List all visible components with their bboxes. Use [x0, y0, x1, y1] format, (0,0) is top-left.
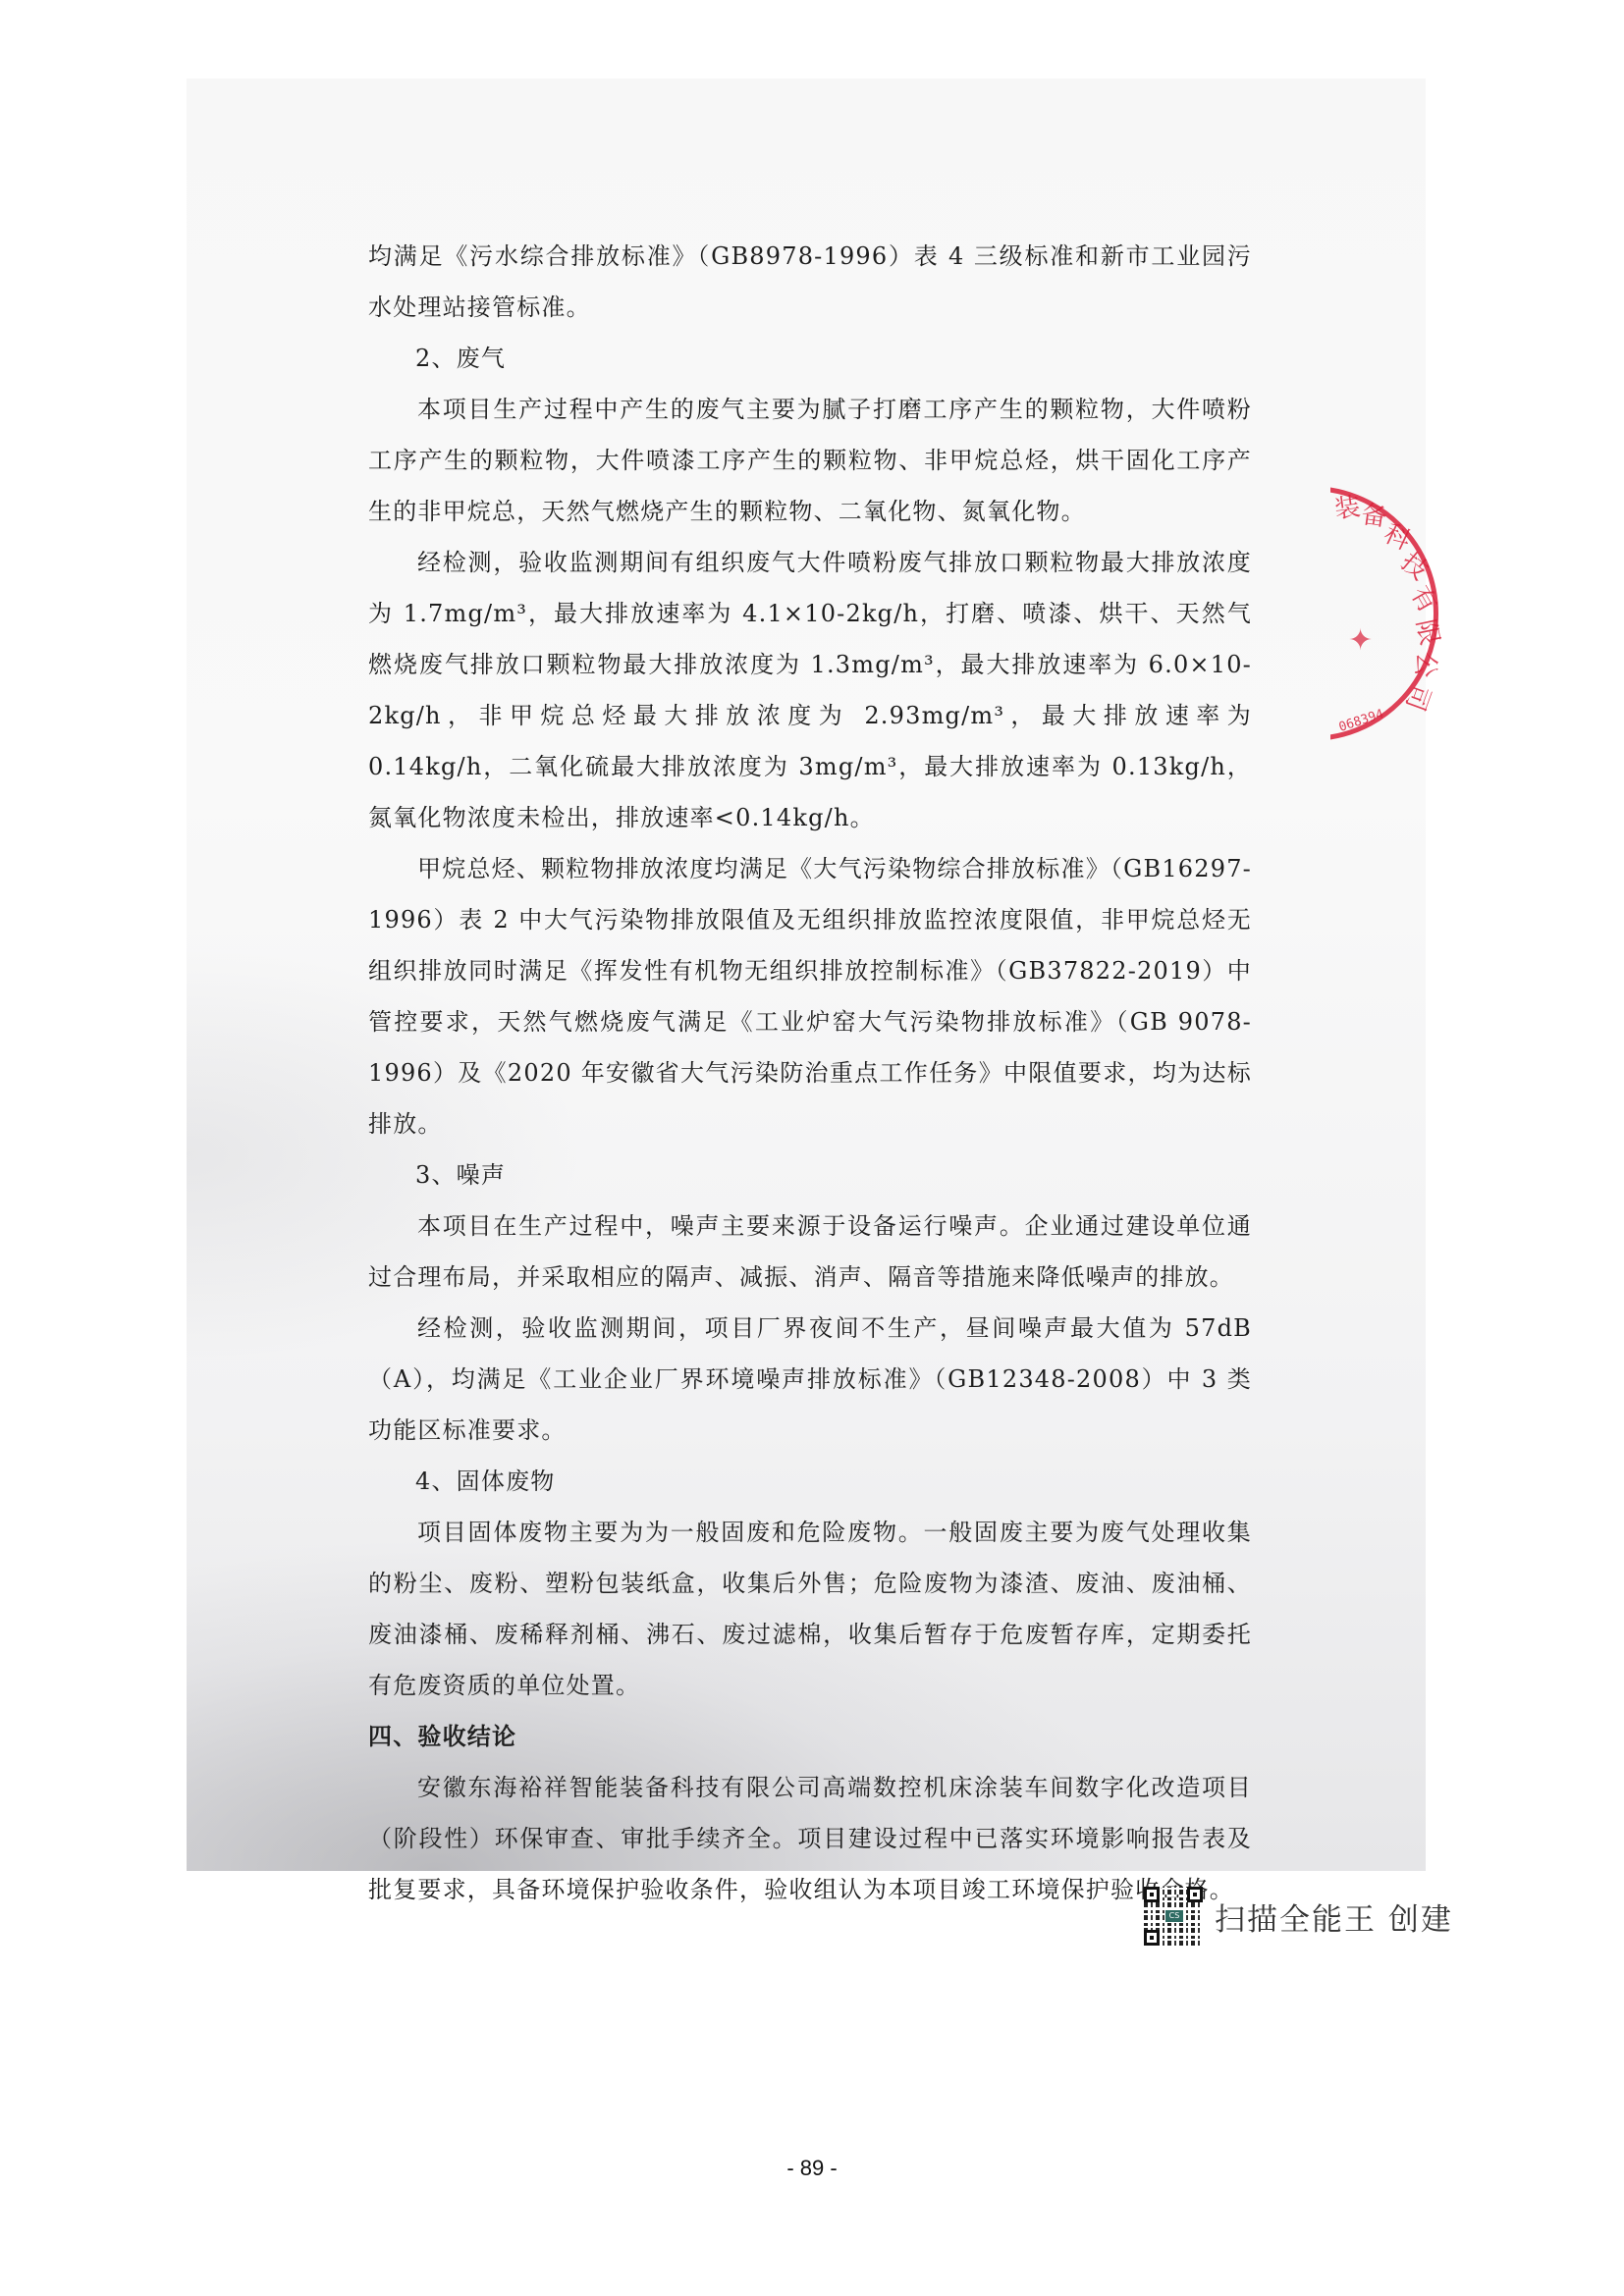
camscanner-logo-icon: CS — [1165, 1910, 1183, 1922]
paragraph-conclusion: 安徽东海裕祥智能装备科技有限公司高端数控机床涂装车间数字化改造项目（阶段性）环保… — [368, 1762, 1252, 1915]
document-body: 均满足《污水综合排放标准》（GB8978-1996）表 4 三级标准和新市工业园… — [368, 231, 1252, 1915]
paragraph-wastewater-continuation: 均满足《污水综合排放标准》（GB8978-1996）表 4 三级标准和新市工业园… — [368, 231, 1252, 333]
page-number: - 89 - — [0, 2156, 1624, 2181]
subheading-noise: 3、噪声 — [368, 1149, 1252, 1201]
paragraph-exhaust-results: 经检测，验收监测期间有组织废气大件喷粉废气排放口颗粒物最大排放浓度为 1.7mg… — [368, 537, 1252, 843]
seal-star-icon: ✦ — [1348, 623, 1373, 658]
seal-char: 公 — [1408, 651, 1446, 679]
subheading-exhaust-gas: 2、废气 — [368, 333, 1252, 384]
company-seal-stamp: 装 备 科 技 有 限 公 司 ✦ 068394 — [1330, 486, 1458, 751]
paragraph-noise-sources: 本项目在生产过程中，噪声主要来源于设备运行噪声。企业通过建设单位通过合理布局，并… — [368, 1201, 1252, 1303]
paragraph-solid-waste: 项目固体废物主要为为一般固废和危险废物。一般固废主要为废气处理收集的粉尘、废粉、… — [368, 1507, 1252, 1711]
paragraph-noise-results: 经检测，验收监测期间，项目厂界夜间不生产，昼间噪声最大值为 57dB（A），均满… — [368, 1303, 1252, 1456]
paragraph-exhaust-standards: 甲烷总烃、颗粒物排放浓度均满足《大气污染物综合排放标准》（GB16297-199… — [368, 843, 1252, 1149]
qr-code-icon: CS — [1144, 1887, 1203, 1946]
seal-char: 装 — [1332, 486, 1363, 525]
seal-char: 司 — [1398, 680, 1441, 717]
paragraph-exhaust-sources: 本项目生产过程中产生的废气主要为腻子打磨工序产生的颗粒物，大件喷粉工序产生的颗粒… — [368, 384, 1252, 537]
watermark-text: 扫描全能王 创建 — [1215, 1895, 1453, 1939]
section-heading-conclusion: 四、验收结论 — [368, 1711, 1252, 1762]
seal-char: 备 — [1360, 494, 1390, 533]
subheading-solid-waste: 4、固体废物 — [368, 1456, 1252, 1507]
camscanner-watermark: CS 扫描全能王 创建 — [1144, 1887, 1453, 1946]
